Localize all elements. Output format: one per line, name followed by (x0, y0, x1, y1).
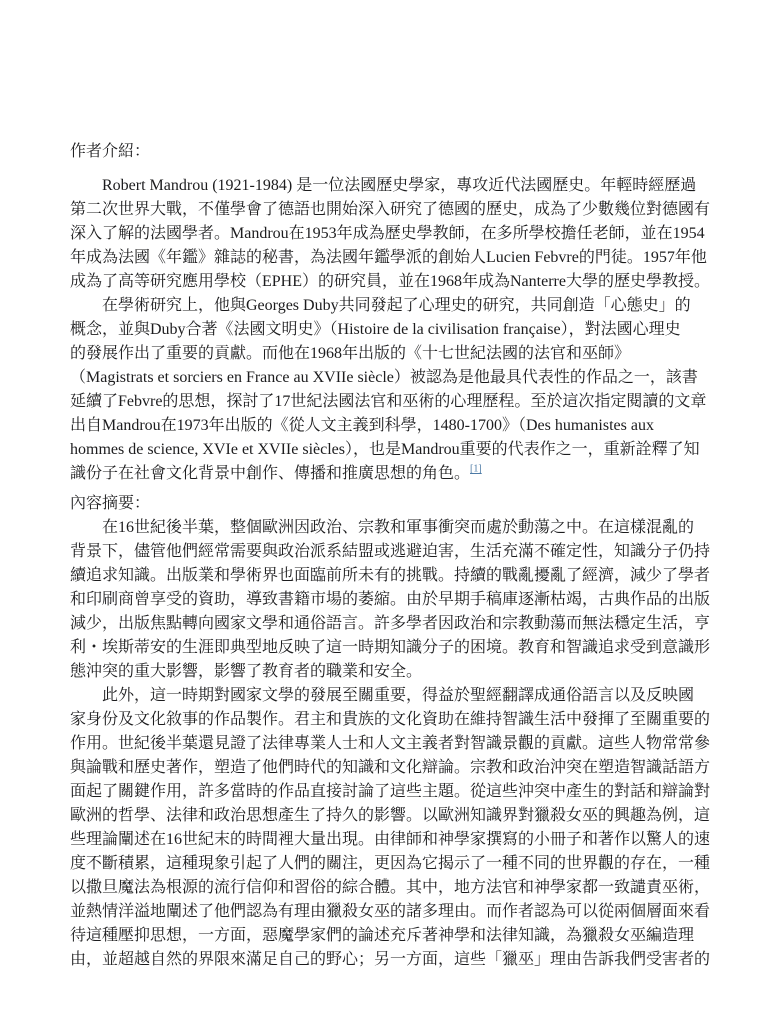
section-heading-content-summary: 內容摘要： (70, 492, 710, 516)
text-line: 概念，並與Duby合著《法國文明史》（Histoire de la civili… (70, 318, 710, 342)
text-line: 深入了解的法國學者。Mandrou在1953年成為歷史學教師，在多所學校擔任老師… (70, 222, 710, 246)
text-line: 年成為法國《年鑑》雜誌的秘書，為法國年鑑學派的創始人Lucien Febvre的… (70, 246, 710, 270)
text-line: 和印刷商曾享受的資助，導致書籍市場的萎縮。由於早期手稿庫逐漸枯竭，古典作品的出版 (70, 588, 710, 612)
text-line: 成為了高等研究應用學校（EPHE）的研究員，並在1968年成為Nanterre大… (70, 270, 710, 294)
text-line: 在16世紀後半葉，整個歐洲因政治、宗教和軍事衝突而處於動蕩之中。在這樣混亂的 (70, 516, 710, 540)
text-line: 並熱情洋溢地闡述了他們認為有理由獵殺女巫的諸多理由。而作者認為可以從兩個層面來看 (70, 900, 710, 924)
text-line: hommes de science, XVIe et XVIIe siècles… (70, 438, 710, 462)
section-heading-author-intro: 作者介紹： (70, 140, 710, 164)
text-line: Robert Mandrou (1921-1984) 是一位法國歷史學家，專攻近… (70, 174, 710, 198)
text-line: 態沖突的重大影響，影響了教育者的職業和安全。 (70, 660, 710, 684)
text-line: 與論戰和歷史著作，塑造了他們時代的知識和文化辯論。宗教和政治沖突在塑造智識話語方 (70, 756, 710, 780)
text-line: 出自Mandrou在1973年出版的《從人文主義到科學，1480-1700》（D… (70, 414, 710, 438)
text-line: 此外，這一時期對國家文學的發展至關重要，得益於聖經翻譯成通俗語言以及反映國 (70, 684, 710, 708)
text-line: 在學術研究上，他與Georges Duby共同發起了心理史的研究，共同創造「心態… (70, 294, 710, 318)
text-line: 些理論闡述在16世紀末的時間裡大量出現。由律師和神學家撰寫的小冊子和著作以驚人的… (70, 828, 710, 852)
text-line: 第二次世界大戰，不僅學會了德語也開始深入研究了德國的歷史，成為了少數幾位對德國有 (70, 198, 710, 222)
text-line: 歐洲的哲學、法律和政治思想產生了持久的影響。以歐洲知識界對獵殺女巫的興趣為例，這 (70, 804, 710, 828)
text-line: （Magistrats et sorciers en France au XVI… (70, 366, 710, 390)
text-line: 由，並超越自然的界限來滿足自己的野心；另一方面，這些「獵巫」理由告訴我們受害者的 (70, 948, 710, 972)
text-line: 待這種壓抑思想，一方面，惡魔學家們的論述充斥著神學和法律知識，為獵殺女巫編造理 (70, 924, 710, 948)
text-line: 以撒旦魔法為根源的流行信仰和習俗的綜合體。其中，地方法官和神學家都一致譴責巫術， (70, 876, 710, 900)
text-line: 作用。世紀後半葉還見證了法律專業人士和人文主義者對智識景觀的貢獻。這些人物常常參 (70, 732, 710, 756)
text-line: 延續了Febvre的思想，探討了17世紀法國法官和巫術的心理歷程。至於這次指定閱… (70, 390, 710, 414)
text-line: 續追求知識。出版業和學術界也面臨前所未有的挑戰。持續的戰亂擾亂了經濟，減少了學者 (70, 564, 710, 588)
text-line: 識份子在社會文化背景中創作、傳播和推廣思想的角色。[1] (70, 462, 710, 486)
document-text-block: 作者介紹： Robert Mandrou (1921-1984) 是一位法國歷史… (70, 140, 710, 972)
text-line: 的發展作出了重要的貢獻。而他在1968年出版的《十七世紀法國的法官和巫師》 (70, 342, 710, 366)
text-line: 利・埃斯蒂安的生涯即典型地反映了這一時期知識分子的困境。教育和智識追求受到意識形 (70, 636, 710, 660)
text-line: 背景下，儘管他們經常需要與政治派系結盟或逃避迫害，生活充滿不確定性，知識分子仍持 (70, 540, 710, 564)
text-line: 面起了關鍵作用，許多當時的作品直接討論了這些主題。從這些沖突中產生的對話和辯論對 (70, 780, 710, 804)
footnote-ref-1[interactable]: [1] (470, 464, 482, 475)
text-line: 家身份及文化敘事的作品製作。君主和貴族的文化資助在維持智識生活中發揮了至關重要的 (70, 708, 710, 732)
text-line: 度不斷積累，這種現象引起了人們的關注，更因為它揭示了一種不同的世界觀的存在，一種 (70, 852, 710, 876)
document-page: 作者介紹： Robert Mandrou (1921-1984) 是一位法國歷史… (0, 0, 768, 1024)
text-line: 減少，出版焦點轉向國家文學和通俗語言。許多學者因政治和宗教動蕩而無法穩定生活，亨 (70, 612, 710, 636)
text-line-content: 識份子在社會文化背景中創作、傳播和推廣思想的角色。 (70, 465, 470, 482)
